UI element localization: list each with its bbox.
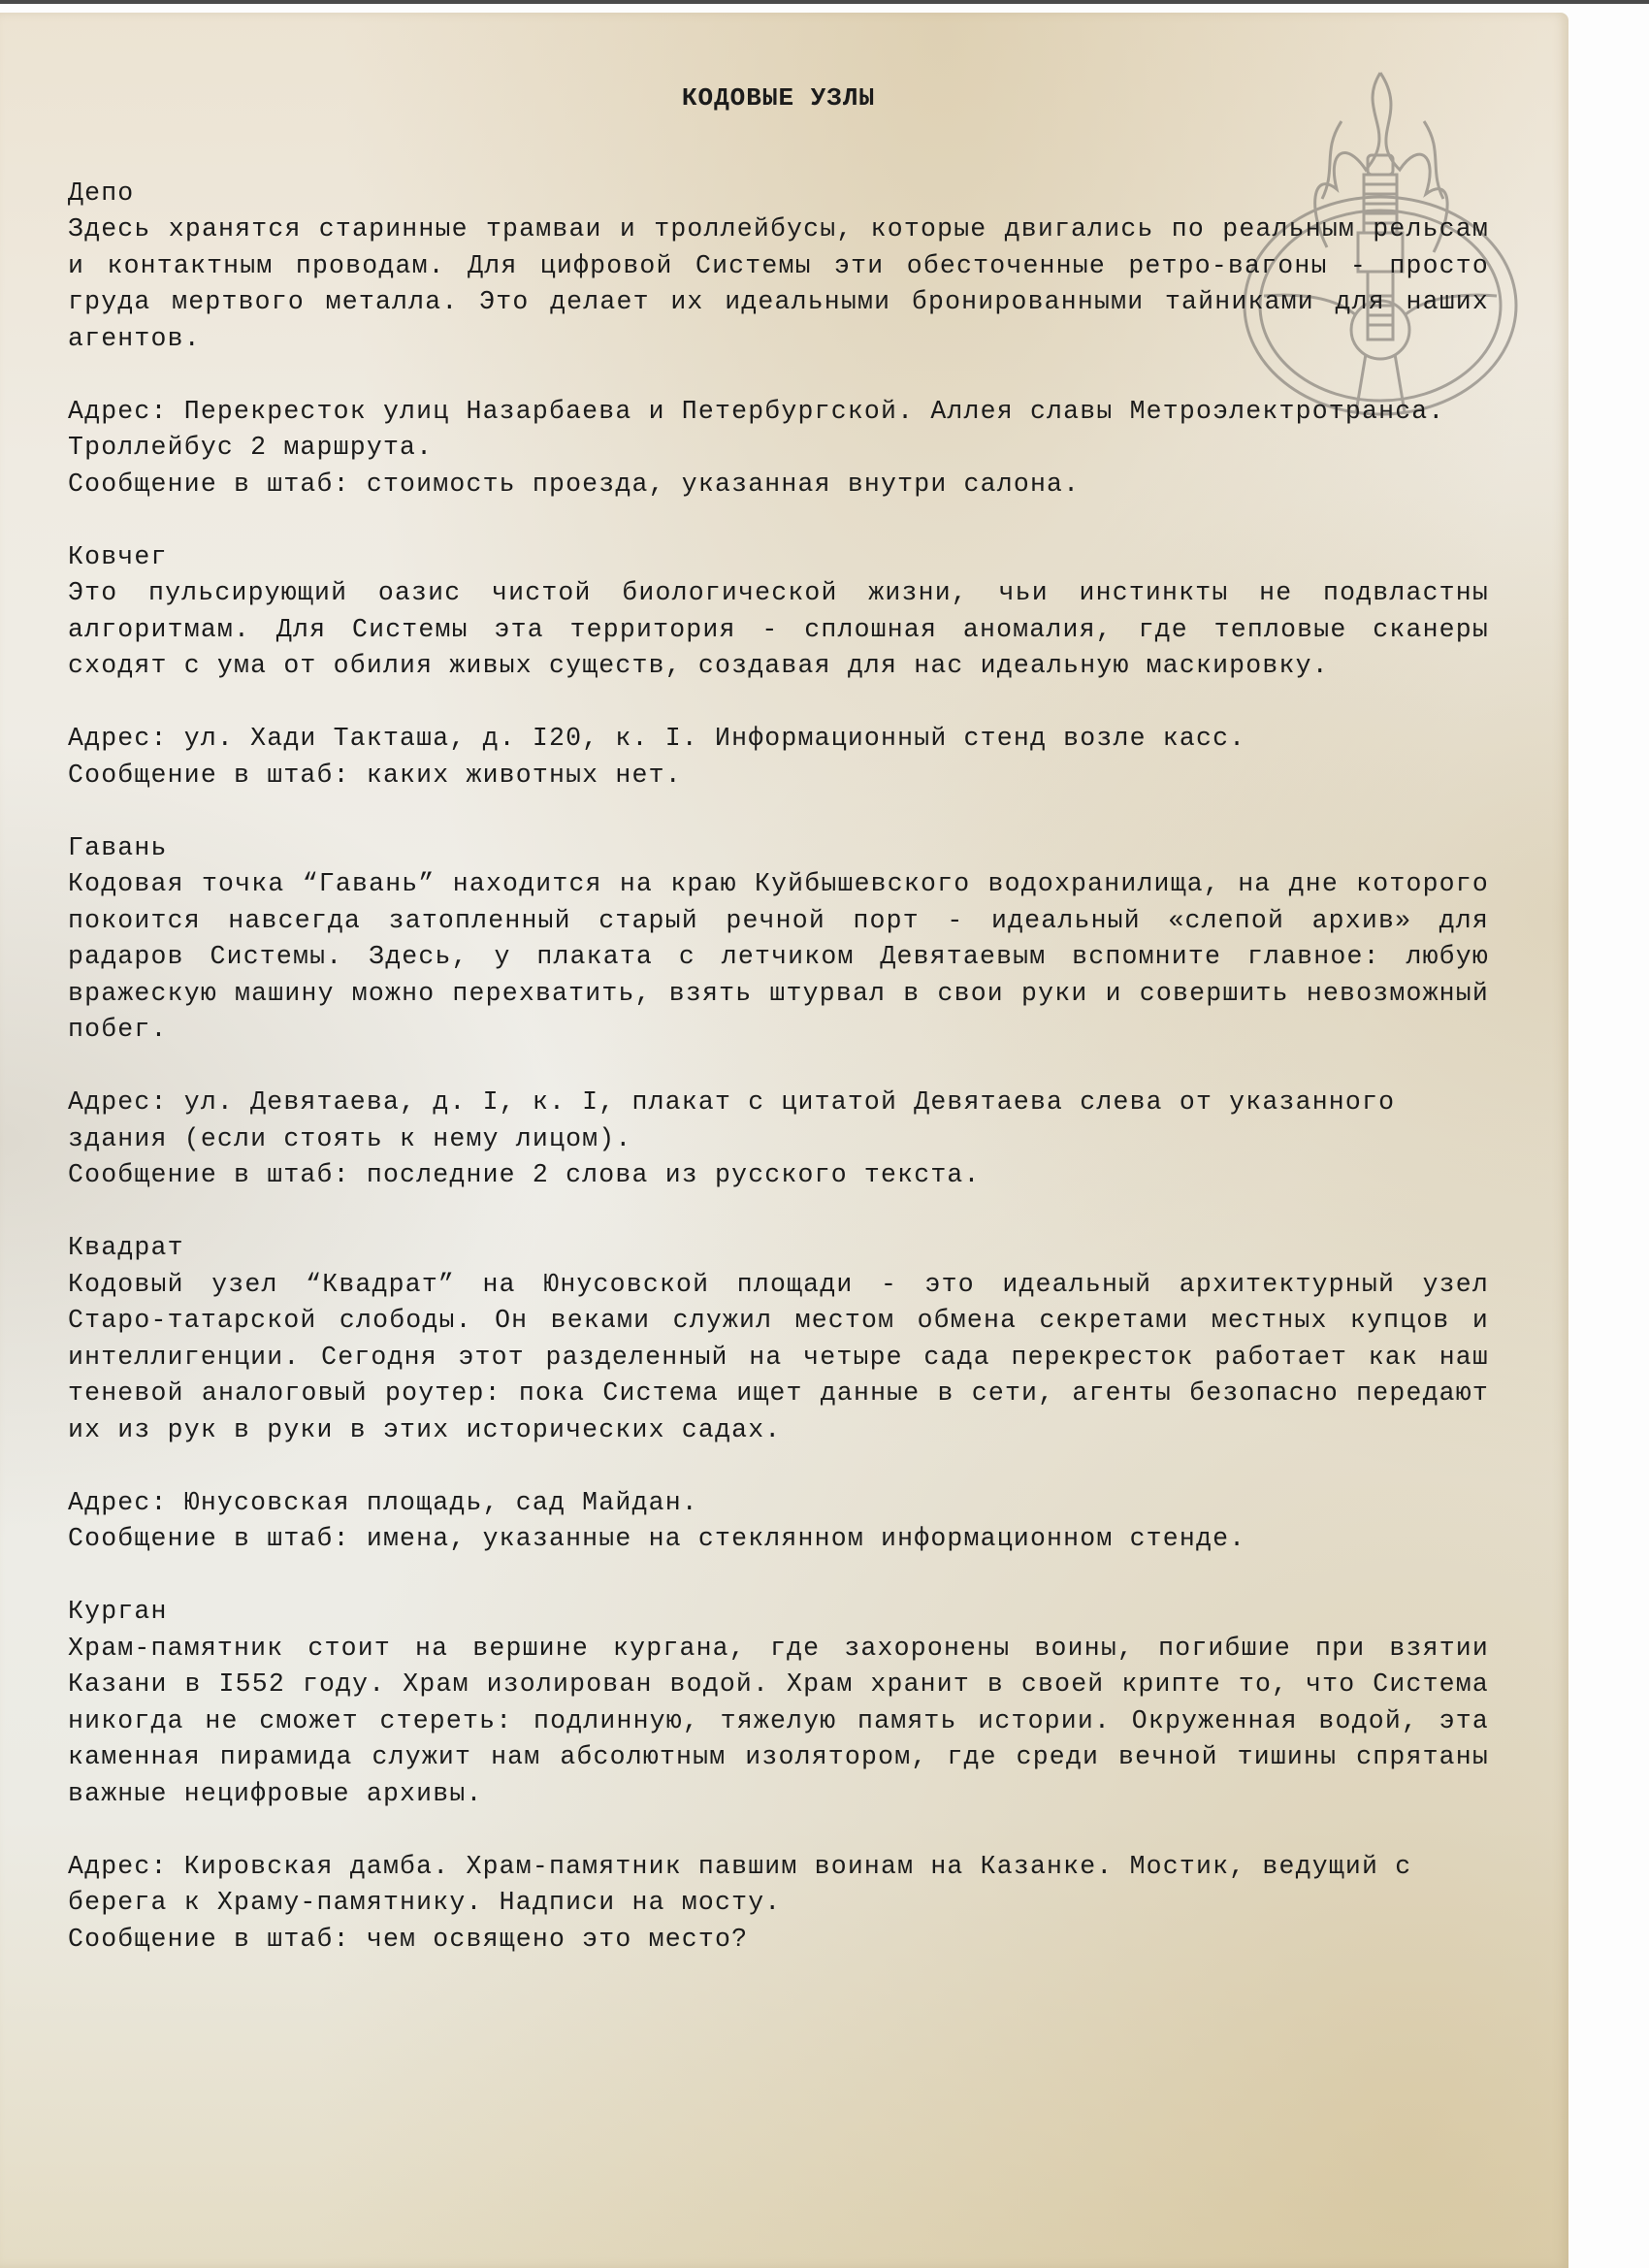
node-description: Храм-памятник стоит на вершине кургана, … [68,1631,1489,1813]
node-heading: Гавань [68,830,1489,867]
node-heading: Ковчег [68,539,1489,576]
node-address: Адрес: ул. Девятаева, д. I, к. I, плакат… [68,1085,1489,1157]
code-node-square: Квадрат Кодовый узел “Квадрат” на Юнусов… [68,1230,1489,1558]
node-address: Адрес: Кировская дамба. Храм-памятник па… [68,1849,1489,1922]
document-title: КОДОВЫЕ УЗЛЫ [68,81,1489,117]
node-heading: Квадрат [68,1230,1489,1267]
node-message: Сообщение в штаб: каких животных нет. [68,758,1489,794]
document-body: КОДОВЫЕ УЗЛЫ Депо Здесь хранятся старинн… [68,81,1489,1994]
paper-sheet: КОДОВЫЕ УЗЛЫ Депо Здесь хранятся старинн… [0,13,1568,2268]
node-message: Сообщение в штаб: имена, указанные на ст… [68,1521,1489,1558]
node-description: Кодовая точка “Гавань” находится на краю… [68,866,1489,1049]
node-message: Сообщение в штаб: чем освящено это место… [68,1922,1489,1959]
code-node-kurgan: Курган Храм-памятник стоит на вершине ку… [68,1594,1489,1958]
code-node-depot: Депо Здесь хранятся старинные трамваи и … [68,176,1489,503]
code-node-ark: Ковчег Это пульсирующий оазис чистой био… [68,539,1489,794]
node-address: Адрес: Перекресток улиц Назарбаева и Пет… [68,394,1489,467]
node-description: Это пульсирующий оазис чистой биологичес… [68,575,1489,685]
node-description: Кодовый узел “Квадрат” на Юнусовской пло… [68,1267,1489,1449]
node-heading: Курган [68,1594,1489,1631]
node-heading: Депо [68,176,1489,212]
node-address: Адрес: ул. Хади Такташа, д. I20, к. I. И… [68,721,1489,758]
node-message: Сообщение в штаб: последние 2 слова из р… [68,1157,1489,1194]
node-description: Здесь хранятся старинные трамваи и тролл… [68,211,1489,357]
code-node-harbor: Гавань Кодовая точка “Гавань” находится … [68,830,1489,1194]
scanner-edge [0,0,1649,4]
node-address: Адрес: Юнусовская площадь, сад Майдан. [68,1485,1489,1522]
node-message: Сообщение в штаб: стоимость проезда, ука… [68,467,1489,503]
code-nodes-list: Депо Здесь хранятся старинные трамваи и … [68,176,1489,1959]
